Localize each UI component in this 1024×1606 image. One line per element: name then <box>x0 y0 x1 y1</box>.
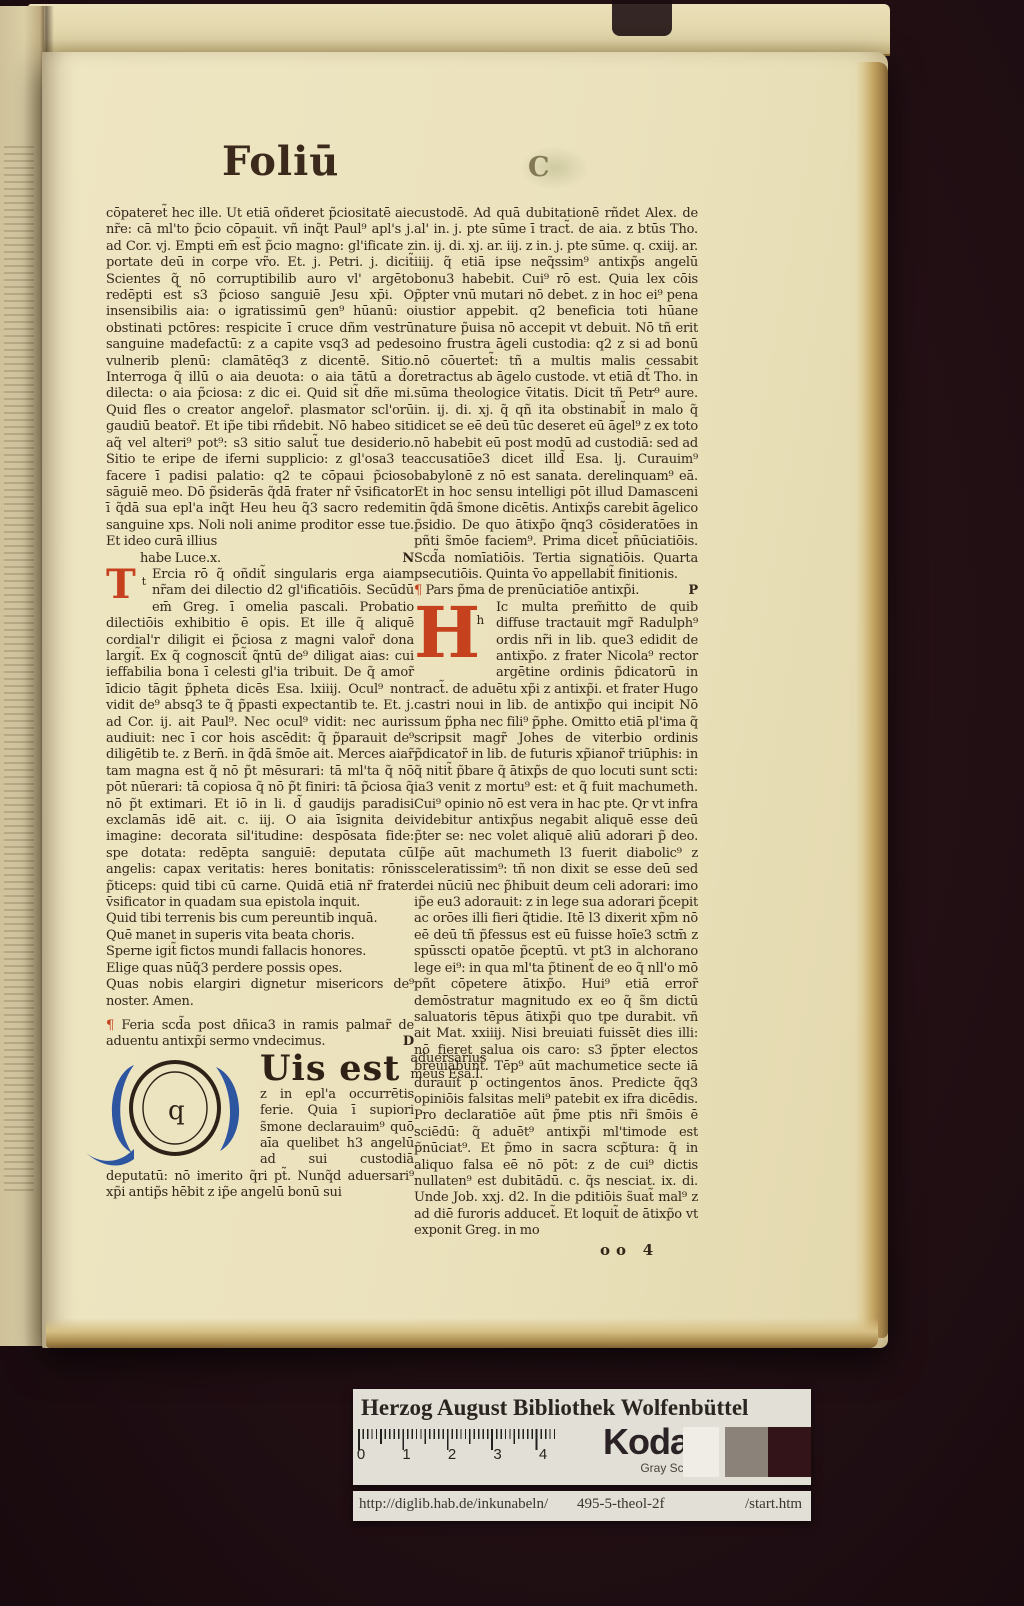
start-page-path: /start.htm <box>745 1496 802 1513</box>
initial-letter: T <box>106 561 136 608</box>
verse-line: Sperne igit̃ fictos mundi fallacis honor… <box>106 944 414 960</box>
scan-photo: Foliū C cōpateret̃ hec ille. Ut etiā oñd… <box>0 0 1024 1606</box>
grayscale-patch-dark <box>768 1427 811 1477</box>
guide-letter: h <box>476 612 484 628</box>
cm-ruler: 0 1 2 3 4 <box>358 1429 580 1465</box>
line-end-mark: D <box>403 1034 414 1050</box>
paragraph: Ercia rō q̃ oñdit̃ singularis erga aiam … <box>106 567 414 912</box>
ruler-number: 0 <box>354 1446 368 1463</box>
initial-letter: H <box>414 591 480 674</box>
incipit-block: q Uis est aduersarius meus Esa.l. z in e… <box>106 1051 414 1202</box>
show-through-text <box>4 146 34 1196</box>
ruler-number: 3 <box>491 1446 505 1463</box>
text-column-left: cōpateret̃ hec ille. Ut etiā oñderet p̃c… <box>106 206 414 1202</box>
folio-letter: C <box>528 152 550 183</box>
ruler-number: 4 <box>536 1446 550 1463</box>
grayscale-patch-mid <box>725 1427 768 1477</box>
red-lombard-initial-h: H h <box>414 602 490 668</box>
library-label-card: Herzog August Bibliothek Wolfenbüttel 0 … <box>353 1389 811 1485</box>
text-line: habe Luce.x. N <box>106 551 414 567</box>
line-end-mark: P <box>688 583 698 599</box>
blue-lombard-initial-q: q <box>100 1053 252 1165</box>
svg-text:q: q <box>168 1096 184 1126</box>
book-top-gap <box>612 0 672 36</box>
pilcrow-mark: ¶ <box>106 1018 114 1033</box>
incipit-row: Uis est aduersarius meus Esa.l. <box>260 1051 414 1087</box>
ruler-number: 1 <box>400 1446 414 1463</box>
text-column-right: custodē. Ad quā dubitationē rñdet Alex. … <box>414 206 698 1258</box>
spacer <box>106 1010 414 1018</box>
page-edge-stack-bottom <box>46 1318 878 1348</box>
heading-text: Feria scd̃a post dñica3 in ramis palmar̃… <box>106 1018 414 1049</box>
guide-letter: t <box>142 574 146 590</box>
paragraph: Quas nobis elargiri dignetur misericors … <box>106 977 414 1010</box>
paragraph: custodē. Ad quā dubitationē rñdet Alex. … <box>414 206 698 583</box>
paragraph: cōpateret̃ hec ille. Ut etiā oñderet p̃c… <box>106 206 414 551</box>
grayscale-patch-light <box>683 1427 719 1477</box>
verse-line: Quē manet in superis vita beata choris. <box>106 928 414 944</box>
quire-signature: oo 4 <box>414 1242 698 1258</box>
initial-q-art: q <box>100 1053 252 1165</box>
library-name: Herzog August Bibliothek Wolfenbüttel <box>361 1395 805 1421</box>
running-title: Foliū <box>222 138 339 185</box>
paragraph-with-initial: H h Ic multa prem̃itto de quib diffuse t… <box>414 600 698 1240</box>
ruler-number: 2 <box>445 1446 459 1463</box>
page-edge-stack-right <box>856 62 888 1338</box>
incipit-display-text: Uis est <box>260 1051 400 1087</box>
red-lombard-initial-t: T t <box>106 568 148 601</box>
facing-page-sliver <box>0 6 44 1346</box>
paragraph: Ic multa prem̃itto de quib diffuse tract… <box>414 600 698 1240</box>
rubric-heading: ¶ Feria scd̃a post dñica3 in ramis palma… <box>106 1018 414 1051</box>
ruler-numbers: 0 1 2 3 4 <box>354 1446 550 1463</box>
metadata-strip: http://diglib.hab.de/inkunabeln/ 495-5-t… <box>353 1491 811 1521</box>
paragraph-with-initial: T t Ercia rō q̃ oñdit̃ singularis erga a… <box>106 567 414 912</box>
verse-line: Elige quas nūq̃3 perdere possis opes. <box>106 961 414 977</box>
shelfmark: 495-5-theol-2f <box>577 1496 664 1513</box>
line-end-mark: N <box>402 551 414 567</box>
collection-url: http://diglib.hab.de/inkunabeln/ <box>359 1496 548 1513</box>
verse-line: Quid tibi terrenis bis cum pereuntib inq… <box>106 911 414 927</box>
book-top-page-edges <box>28 4 890 56</box>
